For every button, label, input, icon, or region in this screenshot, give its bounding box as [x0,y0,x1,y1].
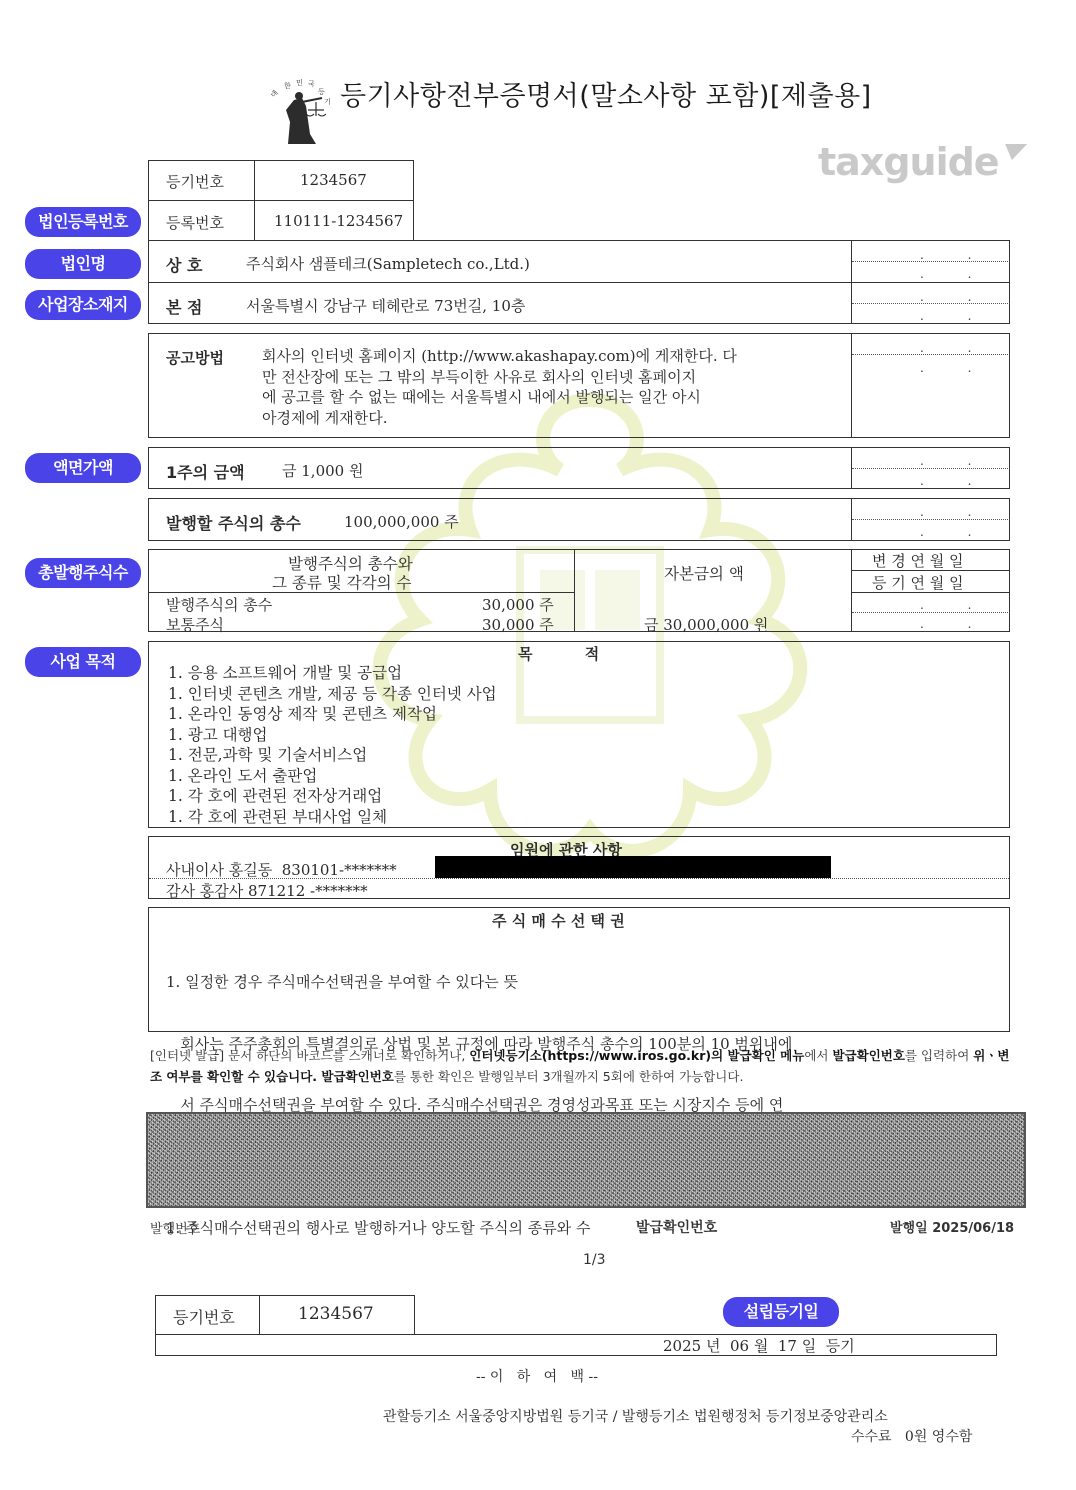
page2-reg-no-value: 1234567 [298,1304,374,1324]
badge-established-date: 설립등기일 [723,1297,839,1327]
page-number: 1/3 [583,1252,606,1268]
common-shares-label: 보통주식 [166,614,224,635]
verification-barcode [146,1112,1026,1208]
company-name: 주식회사 샘플테크(Sampletech co.,Ltd.) [246,253,530,274]
fee-line: 수수료 0원 영수함 [851,1426,972,1446]
reg-date: . . [920,309,991,323]
capital-value: 금 30,000,000 원 [644,614,768,635]
purpose-header: 목 적 [518,643,599,664]
reg-no-label: 등기번호 [166,171,224,192]
change-date: . . [920,505,991,519]
confirm-number-label: 발급확인번호 [636,1217,717,1237]
notice-method-text: 회사의 인터넷 홈페이지 (http://www.akashapay.com)에… [262,346,737,428]
corp-no-label: 등록번호 [166,212,224,233]
svg-text:한: 한 [284,81,291,90]
list-item: 1. 광고 대행업 [168,725,497,746]
director-entry: 사내이사 홍길동 830101-******* [166,859,397,880]
corp-no-value: 110111-1234567 [274,212,403,230]
change-date: . . [920,248,991,262]
badge-corp-name: 법인명 [25,249,141,279]
list-item: 1. 각 호에 관련된 전자상거래업 [168,786,497,807]
svg-text:기: 기 [324,97,331,106]
purpose-list: 1. 응용 소프트웨어 개발 및 공급업 1. 인터넷 콘텐츠 개발, 제공 등… [168,663,497,827]
issued-header-line2: 그 종류 및 각각의 수 [272,571,412,593]
authorized-shares-label: 발행할 주식의 총수 [166,511,301,534]
internet-issuance-notice: [인터넷 발급] 문서 하단의 바코드를 스캐너로 확인하거나, 인터넷등기소(… [150,1045,1012,1087]
badge-total-issued-shares: 총발행주식수 [25,558,141,588]
badge-par-value: 액면가액 [25,453,141,483]
stock-options-header: 주 식 매 수 선 택 권 [492,910,625,931]
list-item: 1. 온라인 도서 출판업 [168,766,497,787]
list-item: 1. 온라인 동영상 제작 및 콘텐츠 제작업 [168,704,497,725]
reg-date: . . [920,525,991,539]
document-title: 등기사항전부증명서(말소사항 포함)[제출용] [340,74,872,113]
list-item: 1. 응용 소프트웨어 개발 및 공급업 [168,663,497,684]
court-justice-emblem-icon: 대 한 민 국 등 기 [266,76,338,148]
taxguide-logo: taxguide [818,140,1025,184]
page2-reg-no-label: 등기번호 [173,1305,235,1328]
total-issued-value: 30,000 주 [482,594,554,615]
total-issued-label: 발행주식의 총수 [166,594,272,615]
change-date: . . [920,598,991,612]
list-item: 1. 인터넷 콘텐츠 개발, 제공 등 각종 인터넷 사업 [168,684,497,705]
change-date: . . [920,341,991,355]
list-item: 1. 각 호에 관련된 부대사업 일체 [168,807,497,828]
badge-business-address: 사업장소재지 [25,290,141,320]
issue-date: 발행일 2025/06/18 [890,1217,1014,1236]
company-name-label: 상 호 [166,253,202,276]
list-item: 1. 전문,과학 및 기술서비스업 [168,745,497,766]
reg-date: . . [920,617,991,631]
brand-name: taxguide [818,140,999,184]
svg-text:대: 대 [269,88,280,99]
hq-label: 본 점 [166,295,202,318]
badge-business-purpose: 사업 목적 [25,647,141,677]
par-value: 금 1,000 원 [282,460,363,481]
established-date: 2025 년 06 월 17 일 등기 [663,1335,855,1356]
authorized-shares: 100,000,000 주 [344,511,459,532]
auditor-entry: 감사 홍감사 871212 -******* [166,880,368,901]
blank-below-marker: -- 이 하 여 백 -- [476,1366,598,1386]
established-date-row [155,1334,997,1356]
reg-date-header: 등 기 연 월 일 [872,572,964,593]
change-date: . . [920,290,991,304]
hq-address: 서울특별시 강남구 테헤란로 73번길, 10층 [246,295,525,316]
change-date-header: 변 경 연 월 일 [872,550,964,571]
badge-corp-registration-number: 법인등록번호 [25,207,141,237]
stock-options-text: 1. 일정한 경우 주식매수선택권을 부여할 수 있다는 뜻 회사는 주주총회의… [166,931,792,1259]
common-shares-value: 30,000 주 [482,614,554,635]
registry-office-line: 관할등기소 서울중앙지방법원 등기국 / 발행등기소 법원행정처 등기정보중앙관… [383,1406,888,1426]
svg-text:등: 등 [318,88,325,96]
issue-number-label: 발행번호 [150,1218,200,1237]
svg-text:민: 민 [296,78,303,87]
reg-date: . . [920,267,991,281]
reg-date: . . [920,474,991,488]
svg-text:국: 국 [308,80,315,88]
change-date: . . [920,454,991,468]
redacted-block [435,856,831,878]
brand-arrow-icon [1000,144,1026,160]
capital-header: 자본금의 액 [664,562,744,584]
reg-date: . . [920,361,991,375]
notice-method-label: 공고방법 [166,347,224,368]
reg-no-value: 1234567 [300,171,367,189]
par-value-label: 1주의 금액 [166,460,245,483]
